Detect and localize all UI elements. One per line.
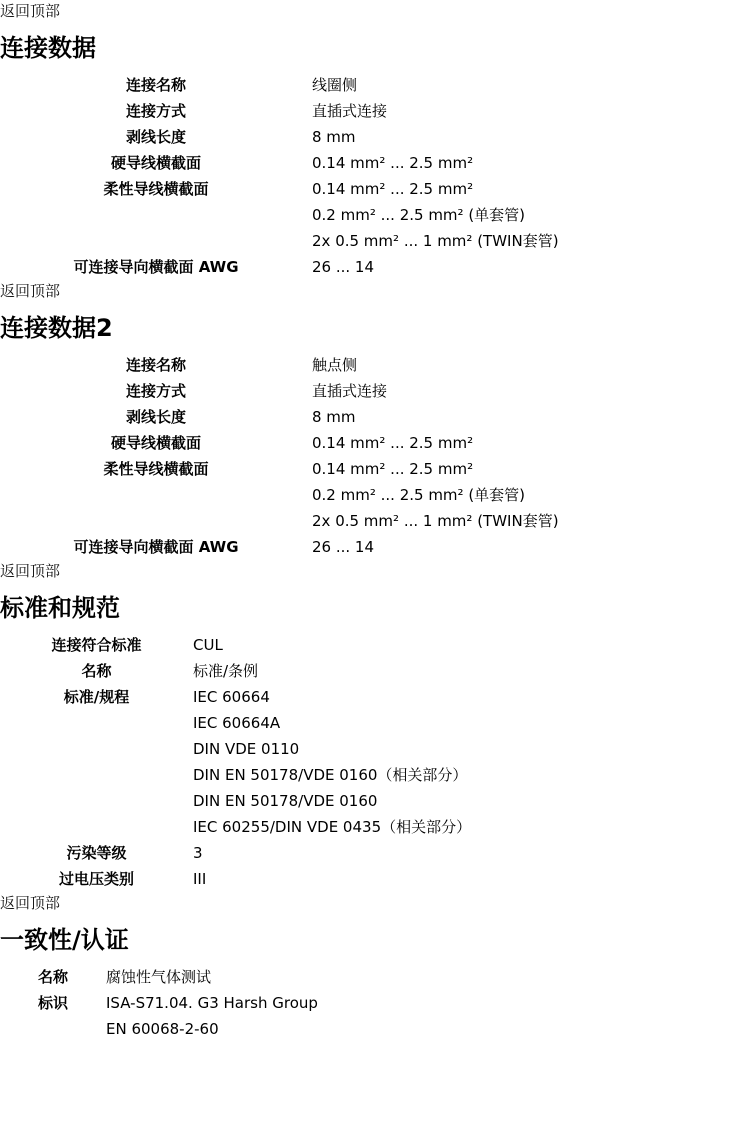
row-label: 剥线长度 bbox=[0, 124, 312, 150]
row-label bbox=[0, 202, 312, 228]
section-title-connection-data-2: 连接数据2 bbox=[0, 302, 750, 352]
row-label bbox=[0, 736, 193, 762]
back-to-top-link[interactable]: 返回顶部 bbox=[0, 560, 750, 582]
row-label: 连接方式 bbox=[0, 378, 312, 404]
row-value: ISA-S71.04. G3 Harsh Group bbox=[106, 990, 318, 1016]
table-row: 可连接导向横截面 AWG26 ... 14 bbox=[0, 534, 559, 560]
row-value: 8 mm bbox=[312, 124, 559, 150]
row-value: 线圈侧 bbox=[312, 72, 559, 98]
table-row: 0.2 mm² ... 2.5 mm² (单套管) bbox=[0, 202, 559, 228]
row-value: 3 bbox=[193, 840, 471, 866]
table-row: DIN EN 50178/VDE 0160 bbox=[0, 788, 471, 814]
row-value: 2x 0.5 mm² ... 1 mm² (TWIN套管) bbox=[312, 228, 559, 254]
table-row: 标识ISA-S71.04. G3 Harsh Group bbox=[0, 990, 318, 1016]
table-row: 连接符合标准CUL bbox=[0, 632, 471, 658]
row-value: 8 mm bbox=[312, 404, 559, 430]
row-label: 连接名称 bbox=[0, 72, 312, 98]
row-value: IEC 60255/DIN VDE 0435（相关部分） bbox=[193, 814, 471, 840]
row-value: DIN EN 50178/VDE 0160（相关部分） bbox=[193, 762, 471, 788]
back-to-top-link[interactable]: 返回顶部 bbox=[0, 892, 750, 914]
row-label bbox=[0, 814, 193, 840]
section-title-conformity: 一致性/认证 bbox=[0, 914, 750, 964]
table-row: 2x 0.5 mm² ... 1 mm² (TWIN套管) bbox=[0, 228, 559, 254]
table-row: 柔性导线横截面0.14 mm² ... 2.5 mm² bbox=[0, 176, 559, 202]
row-label: 标准/规程 bbox=[0, 684, 193, 710]
row-label: 剥线长度 bbox=[0, 404, 312, 430]
row-value: III bbox=[193, 866, 471, 892]
table-row: 名称标准/条例 bbox=[0, 658, 471, 684]
table-row: 剥线长度8 mm bbox=[0, 124, 559, 150]
row-label bbox=[0, 482, 312, 508]
table-row: 硬导线横截面0.14 mm² ... 2.5 mm² bbox=[0, 430, 559, 456]
table-row: 0.2 mm² ... 2.5 mm² (单套管) bbox=[0, 482, 559, 508]
row-label: 可连接导向横截面 AWG bbox=[0, 254, 312, 280]
row-value: 0.14 mm² ... 2.5 mm² bbox=[312, 176, 559, 202]
table-row: 剥线长度8 mm bbox=[0, 404, 559, 430]
row-value: 26 ... 14 bbox=[312, 254, 559, 280]
row-label: 污染等级 bbox=[0, 840, 193, 866]
row-label bbox=[0, 762, 193, 788]
table-row: DIN EN 50178/VDE 0160（相关部分） bbox=[0, 762, 471, 788]
connection-data-table: 连接名称线圈侧 连接方式直插式连接 剥线长度8 mm 硬导线横截面0.14 mm… bbox=[0, 72, 559, 280]
table-row: 标准/规程IEC 60664 bbox=[0, 684, 471, 710]
row-value: 标准/条例 bbox=[193, 658, 471, 684]
row-value: 0.2 mm² ... 2.5 mm² (单套管) bbox=[312, 482, 559, 508]
row-label: 柔性导线横截面 bbox=[0, 176, 312, 202]
row-label bbox=[0, 508, 312, 534]
row-value: 0.14 mm² ... 2.5 mm² bbox=[312, 430, 559, 456]
row-label bbox=[0, 788, 193, 814]
table-row: 污染等级3 bbox=[0, 840, 471, 866]
table-row: 连接方式直插式连接 bbox=[0, 378, 559, 404]
table-row: IEC 60664A bbox=[0, 710, 471, 736]
row-label: 连接方式 bbox=[0, 98, 312, 124]
row-value: IEC 60664A bbox=[193, 710, 471, 736]
row-value: 2x 0.5 mm² ... 1 mm² (TWIN套管) bbox=[312, 508, 559, 534]
row-label: 连接名称 bbox=[0, 352, 312, 378]
table-row: 柔性导线横截面0.14 mm² ... 2.5 mm² bbox=[0, 456, 559, 482]
table-row: 硬导线横截面0.14 mm² ... 2.5 mm² bbox=[0, 150, 559, 176]
table-row: 2x 0.5 mm² ... 1 mm² (TWIN套管) bbox=[0, 508, 559, 534]
row-value: 0.2 mm² ... 2.5 mm² (单套管) bbox=[312, 202, 559, 228]
back-to-top-link[interactable]: 返回顶部 bbox=[0, 280, 750, 302]
row-value: 腐蚀性气体测试 bbox=[106, 964, 318, 990]
row-value: 触点侧 bbox=[312, 352, 559, 378]
row-value: 直插式连接 bbox=[312, 98, 559, 124]
row-label: 柔性导线横截面 bbox=[0, 456, 312, 482]
row-label: 硬导线横截面 bbox=[0, 150, 312, 176]
row-label: 标识 bbox=[0, 990, 106, 1016]
row-label: 可连接导向横截面 AWG bbox=[0, 534, 312, 560]
row-value: IEC 60664 bbox=[193, 684, 471, 710]
row-label: 硬导线横截面 bbox=[0, 430, 312, 456]
row-value: 0.14 mm² ... 2.5 mm² bbox=[312, 456, 559, 482]
table-row: 连接方式直插式连接 bbox=[0, 98, 559, 124]
table-row: 名称腐蚀性气体测试 bbox=[0, 964, 318, 990]
row-label: 名称 bbox=[0, 964, 106, 990]
row-value: DIN EN 50178/VDE 0160 bbox=[193, 788, 471, 814]
row-value: EN 60068-2-60 bbox=[106, 1016, 318, 1042]
standards-table: 连接符合标准CUL 名称标准/条例 标准/规程IEC 60664 IEC 606… bbox=[0, 632, 471, 892]
back-to-top-link[interactable]: 返回顶部 bbox=[0, 0, 750, 22]
row-label: 连接符合标准 bbox=[0, 632, 193, 658]
row-value: CUL bbox=[193, 632, 471, 658]
conformity-table: 名称腐蚀性气体测试 标识ISA-S71.04. G3 Harsh Group E… bbox=[0, 964, 318, 1042]
table-row: 可连接导向横截面 AWG26 ... 14 bbox=[0, 254, 559, 280]
row-label bbox=[0, 710, 193, 736]
section-title-connection-data: 连接数据 bbox=[0, 22, 750, 72]
table-row: 连接名称线圈侧 bbox=[0, 72, 559, 98]
row-label bbox=[0, 228, 312, 254]
table-row: DIN VDE 0110 bbox=[0, 736, 471, 762]
row-value: 26 ... 14 bbox=[312, 534, 559, 560]
row-label: 名称 bbox=[0, 658, 193, 684]
row-value: DIN VDE 0110 bbox=[193, 736, 471, 762]
table-row: 连接名称触点侧 bbox=[0, 352, 559, 378]
row-value: 0.14 mm² ... 2.5 mm² bbox=[312, 150, 559, 176]
table-row: 过电压类别III bbox=[0, 866, 471, 892]
section-title-standards: 标准和规范 bbox=[0, 582, 750, 632]
connection-data-2-table: 连接名称触点侧 连接方式直插式连接 剥线长度8 mm 硬导线横截面0.14 mm… bbox=[0, 352, 559, 560]
table-row: EN 60068-2-60 bbox=[0, 1016, 318, 1042]
row-label: 过电压类别 bbox=[0, 866, 193, 892]
table-row: IEC 60255/DIN VDE 0435（相关部分） bbox=[0, 814, 471, 840]
row-value: 直插式连接 bbox=[312, 378, 559, 404]
row-label bbox=[0, 1016, 106, 1042]
